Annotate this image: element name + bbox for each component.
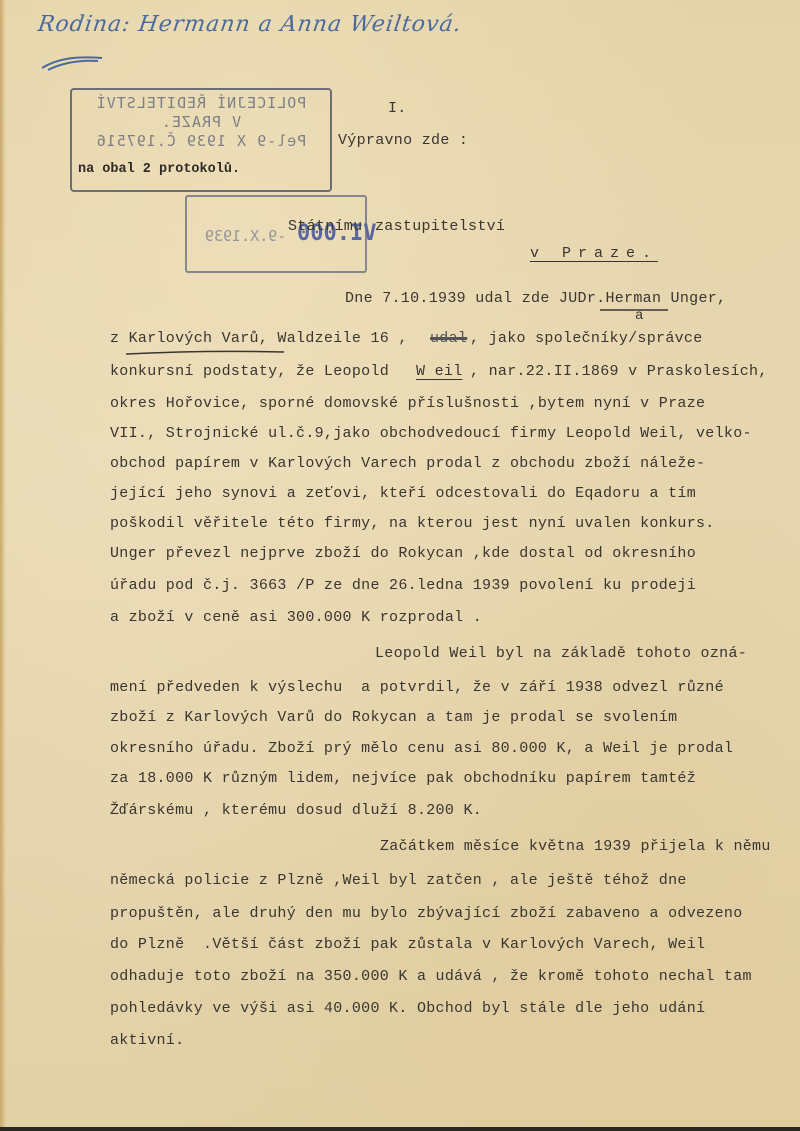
underlined-name: W eil [416,363,463,380]
body-line: úřadu pod č.j. 3663 /P ze dne 26.ledna 1… [110,577,696,594]
body-line: německá policie z Plzně ,Weil byl zatčen… [110,872,687,889]
stamp-line-3: Pel-9 X 1939 Č.197516 [72,132,330,151]
body-line: Unger převezl nejprve zboží do Rokycan ,… [110,545,696,562]
body-line: okresního úřadu. Zboží prý mělo cenu asi… [110,740,733,757]
body-line: aktivní. [110,1032,184,1049]
stamp-typed-note: na obal 2 protokolů. [78,162,240,177]
handwritten-flourish-icon [38,52,108,72]
page-bottom-edge [0,1127,800,1131]
body-line: zboží z Karlových Varů do Rokycan a tam … [110,709,677,726]
body-line: konkursní podstaty, že Leopold [110,363,389,380]
addressee-line-1: Státnímu [288,218,362,235]
addressee-line-2: zastupitelství [375,218,505,235]
section-number: I. [388,100,407,117]
underline-unger [600,308,670,312]
underline-karlovy-vary [126,350,286,356]
body-line: okres Hořovice, sporné domovské příslušn… [110,395,705,412]
body-line: Leopold Weil byl na základě tohoto ozná- [375,645,747,662]
stamp-line-2: V PRAZE. [72,113,330,132]
police-directorate-stamp: POLICEJNÍ ŘEDITELSTVÍ V PRAZE. Pel-9 X 1… [70,88,332,192]
handwritten-header: Rodina: Hermann a Anna Weiltová. [36,12,463,37]
body-line: obchod papírem v Karlových Varech prodal… [110,455,705,472]
body-line: a zboží v ceně asi 300.000 K rozprodal . [110,609,482,626]
dispatch-label: Výpravno zde : [338,132,468,149]
body-line: do Plzně .Větší část zboží pak zůstala v… [110,936,705,953]
struck-word: udal [430,330,467,347]
body-line: pohledávky ve výši asi 40.000 K. Obchod … [110,1000,705,1017]
body-line: Žďárskému , kterému dosud dluží 8.200 K. [110,802,482,819]
body-line: propuštěn, ale druhý den mu bylo zbývají… [110,905,743,922]
body-line: , nar.22.II.1869 v Praskolesích, [470,363,768,380]
body-line: odhaduje toto zboží na 350.000 K a udává… [110,968,752,985]
stamp-text-mirrored: POLICEJNÍ ŘEDITELSTVÍ V PRAZE. Pel-9 X 1… [72,90,330,151]
body-line: poškodil věřitele této firmy, na kterou … [110,515,715,532]
stamp-line-1: POLICEJNÍ ŘEDITELSTVÍ [72,94,330,113]
body-line: , jako společníky/správce [470,330,703,347]
body-line: mení předveden k výslechu a potvrdil, že… [110,679,724,696]
body-line: VII., Strojnické ul.č.9,jako obchodvedou… [110,425,752,442]
body-line: Začátkem měsíce května 1939 přijela k ně… [380,838,771,855]
stamp2-date: -9.X.1939 [205,227,286,245]
body-line: jející jeho synovi a zeťovi, kteří odces… [110,485,696,502]
addressee-line-3: v Praze. [530,245,658,262]
body-line: Dne 7.10.1939 udal zde JUDr.Herman Unger… [345,290,726,307]
body-line: z Karlových Varů, Waldzeile 16 , [110,330,408,347]
body-line: za 18.000 K různým lidem, nejvíce pak ob… [110,770,696,787]
